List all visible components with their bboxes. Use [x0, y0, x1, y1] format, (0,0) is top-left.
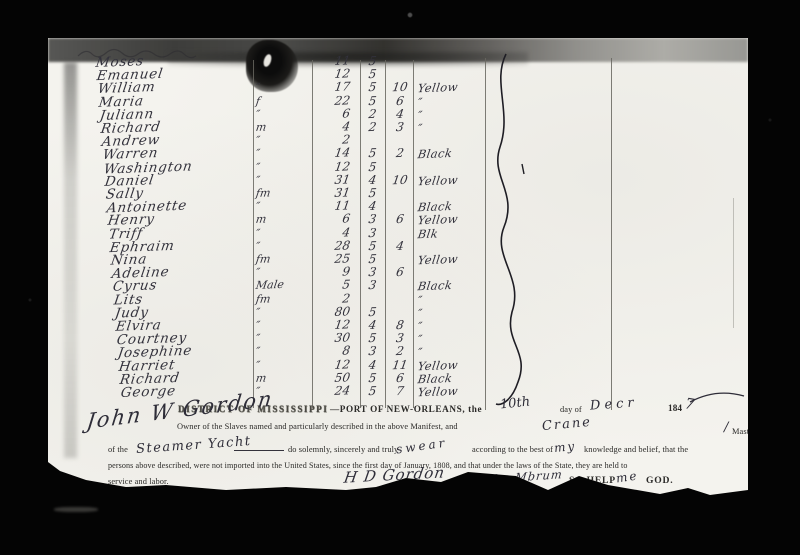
year-printed: 184	[668, 403, 682, 413]
manifest-row: Judy″805″	[48, 305, 748, 318]
possessive-handwritten: my	[553, 439, 577, 455]
owner-line-printed: Owner of the Slaves named and particular…	[177, 422, 458, 431]
entry-inches: 7	[387, 384, 413, 399]
manifest-row: Richardm423″	[48, 120, 748, 133]
entry-inches: 10	[387, 80, 413, 95]
entry-sex: m	[255, 211, 309, 226]
god-printed: GOD.	[646, 475, 673, 486]
entry-feet: 2	[361, 120, 384, 135]
entry-inches: 10	[387, 172, 413, 187]
entry-feet: 3	[361, 212, 384, 227]
entry-feet: 5	[361, 80, 384, 95]
me-handwritten: me	[615, 469, 639, 486]
entry-age: 24	[311, 383, 351, 398]
manifest-row: Mariaf2256″	[48, 94, 748, 107]
entry-sex: ″	[255, 343, 309, 358]
entry-inches: 6	[387, 212, 413, 227]
master-label: Master	[732, 427, 756, 436]
day-of-label: day of	[560, 405, 582, 414]
manifest-row: George″2457Yellow	[48, 384, 748, 397]
manifest-row: Daniel″31410Yellow	[48, 173, 748, 186]
entry-feet: 3	[361, 344, 384, 359]
bottom-left-smudge	[54, 507, 98, 512]
scanned-manifest-image: Moses115Emanuel125William″17510YellowMar…	[0, 0, 800, 555]
manifest-row: Sallyfm315	[48, 186, 748, 199]
entry-inches: 2	[387, 344, 413, 359]
so-help-printed: SO HELP	[569, 475, 616, 486]
entry-feet	[362, 133, 383, 134]
entry-sex	[256, 66, 308, 68]
entry-color: Yellow	[417, 383, 489, 399]
manifest-rows: Moses115Emanuel125William″17510YellowMar…	[48, 38, 748, 418]
entry-sex: fm	[255, 291, 309, 306]
document-paper: Moses115Emanuel125William″17510YellowMar…	[48, 38, 748, 505]
master-slash: /	[724, 420, 728, 435]
service-line-printed: service and labor.	[108, 477, 169, 486]
entry-color	[418, 132, 488, 134]
entry-sex: ″	[255, 357, 309, 372]
manifest-row: Juliann″624″	[48, 107, 748, 120]
district-heading-bold: —PORT OF NEW-ORLEANS, the	[330, 404, 482, 414]
manifest-row: Harriet″12411Yellow	[48, 358, 748, 371]
manifest-row: Henrym636Yellow	[48, 212, 748, 225]
manifest-row: Ninafm255Yellow	[48, 252, 748, 265]
entry-inches	[388, 133, 412, 134]
entry-sex: ″	[255, 225, 309, 240]
manifest-row: Ephraim″2854	[48, 239, 748, 252]
entry-color	[418, 264, 488, 266]
entry-color	[418, 185, 488, 187]
date-flourish	[688, 390, 746, 404]
entry-sex: Male	[255, 277, 309, 292]
witness-underline-flourish	[472, 484, 582, 496]
entry-feet: 5	[361, 384, 384, 399]
oath-printed: do solemnly, sincerely and truly	[288, 445, 398, 454]
entry-inches: 6	[387, 265, 413, 280]
entry-sex	[256, 53, 308, 55]
entry-sex: ″	[255, 79, 309, 94]
entry-inches	[388, 67, 412, 68]
manifest-row: Antoinette″114Black	[48, 199, 748, 212]
manifest-row: Washington″125	[48, 160, 748, 173]
manifest-row: Elvira″1248″	[48, 318, 748, 331]
vessel-dash	[234, 450, 284, 451]
manifest-row: Moses115	[48, 54, 748, 67]
entry-sex: f	[255, 93, 309, 108]
entry-inches	[388, 159, 412, 160]
master-name-handwritten: Crane	[541, 415, 592, 434]
entry-inches	[388, 291, 412, 292]
manifest-row: Josephine″832″	[48, 344, 748, 357]
entry-feet	[362, 291, 383, 292]
entry-inches: 4	[387, 238, 413, 253]
entry-feet: 5	[361, 146, 384, 161]
vessel-handwritten: Steamer Yacht	[136, 434, 252, 457]
entry-inches	[388, 186, 412, 187]
entry-inches	[388, 304, 412, 305]
oath-word-handwritten: swear	[395, 435, 448, 456]
manifest-row: Richardm5056Black	[48, 371, 748, 384]
manifest-row: Triff″43Blk	[48, 226, 748, 239]
day-handwritten: 10th	[499, 394, 531, 412]
manifest-row: Courtney″3053″	[48, 331, 748, 344]
manifest-row: Warren″1452Black	[48, 146, 748, 159]
entry-inches	[388, 252, 412, 253]
manifest-row: Litsfm2″	[48, 292, 748, 305]
manifest-row: CyrusMale53Black	[48, 278, 748, 291]
of-the-label: of the	[108, 445, 128, 454]
entry-inches: 3	[387, 120, 413, 135]
manifest-row: Adeline″936	[48, 265, 748, 278]
entry-sex: ″	[255, 145, 309, 160]
according-printed: according to the best of	[472, 445, 553, 454]
entry-inches	[388, 199, 412, 200]
entry-inches: 2	[387, 146, 413, 161]
entry-inches	[388, 54, 412, 55]
entry-color	[418, 158, 488, 160]
manifest-row: William″17510Yellow	[48, 80, 748, 93]
entry-feet: 3	[361, 278, 384, 293]
entry-color	[418, 66, 488, 68]
entry-sex: ″	[255, 159, 309, 174]
entry-inches	[388, 278, 412, 279]
entry-color	[418, 53, 488, 55]
entry-inches	[388, 225, 412, 226]
knowledge-printed: knowledge and belief, that the	[584, 445, 688, 454]
entry-color	[418, 238, 488, 240]
